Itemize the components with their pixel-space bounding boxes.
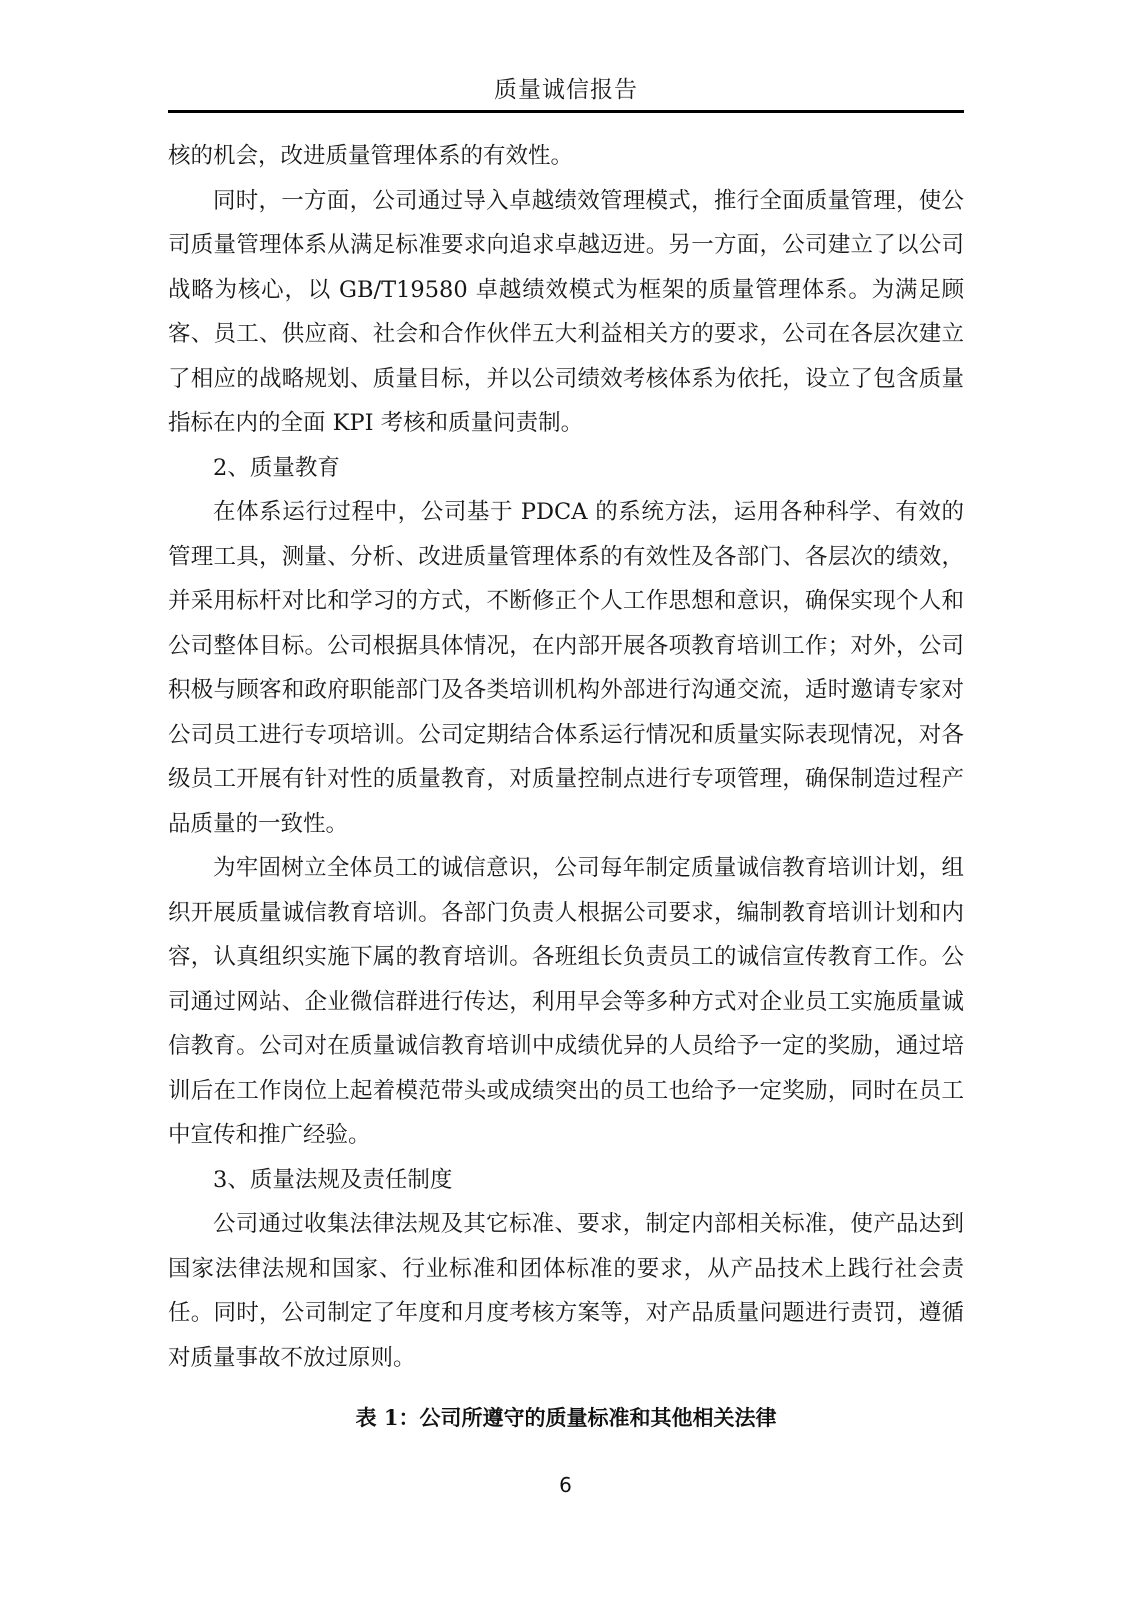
page-header: 质量诚信报告 [168, 0, 964, 113]
paragraph: 同时，一方面，公司通过导入卓越绩效管理模式，推行全面质量管理，使公司质量管理体系… [168, 179, 964, 446]
paragraph: 核的机会，改进质量管理体系的有效性。 [168, 134, 964, 179]
header-title: 质量诚信报告 [168, 0, 964, 104]
header-rule [168, 110, 964, 113]
body-paragraphs: 核的机会，改进质量管理体系的有效性。同时，一方面，公司通过导入卓越绩效管理模式，… [168, 134, 964, 1380]
paragraph: 2、质量教育 [168, 446, 964, 491]
table-caption: 表 1：公司所遵守的质量标准和其他相关法律 [168, 1396, 964, 1440]
document-page: 质量诚信报告 核的机会，改进质量管理体系的有效性。同时，一方面，公司通过导入卓越… [0, 0, 1131, 1600]
page-number: 6 [559, 1473, 572, 1497]
paragraph: 公司通过收集法律法规及其它标准、要求，制定内部相关标准，使产品达到国家法律法规和… [168, 1202, 964, 1380]
page-footer: 6 [0, 1470, 1131, 1500]
paragraph: 3、质量法规及责任制度 [168, 1158, 964, 1203]
paragraph: 在体系运行过程中，公司基于 PDCA 的系统方法，运用各种科学、有效的管理工具，… [168, 490, 964, 846]
paragraph: 为牢固树立全体员工的诚信意识，公司每年制定质量诚信教育培训计划，组织开展质量诚信… [168, 846, 964, 1158]
